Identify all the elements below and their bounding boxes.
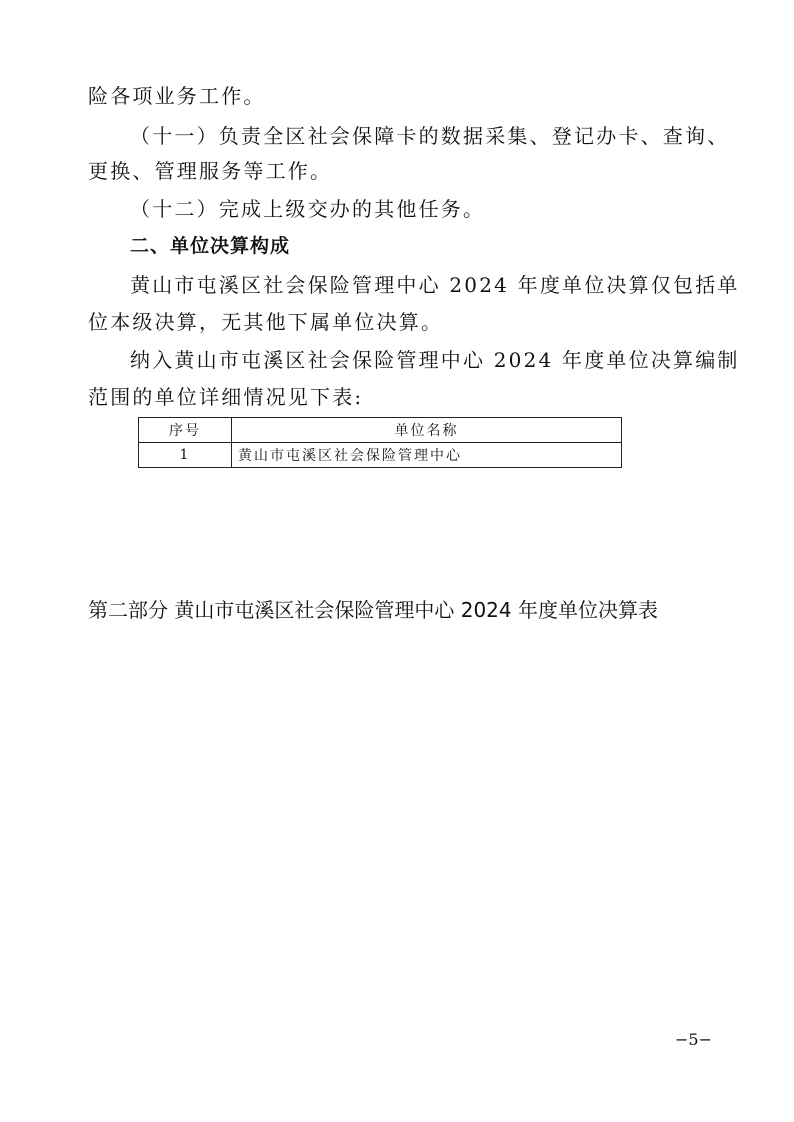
table-row: 1 黄山市屯溪区社会保险管理中心 xyxy=(139,443,622,468)
paragraph-item-11: （十一）负责全区社会保障卡的数据采集、登记办卡、查询、 xyxy=(130,122,729,150)
composition-paragraph: 位本级决算，无其他下属单位决算。 xyxy=(88,308,443,336)
unit-table: 序号 单位名称 1 黄山市屯溪区社会保险管理中心 xyxy=(138,417,622,468)
composition-paragraph: 范围的单位详细情况见下表: xyxy=(88,383,363,411)
paragraph-item-12: （十二）完成上级交办的其他任务。 xyxy=(130,195,485,223)
composition-paragraph: 黄山市屯溪区社会保险管理中心 2024 年度单位决算仅包括单 xyxy=(130,271,740,299)
paragraph-line: 更换、管理服务等工作。 xyxy=(88,157,332,185)
composition-paragraph: 纳入黄山市屯溪区社会保险管理中心 2024 年度单位决算编制 xyxy=(130,346,740,374)
cell-unit-name: 黄山市屯溪区社会保险管理中心 xyxy=(232,443,622,468)
cell-index: 1 xyxy=(139,443,232,468)
header-unit-name: 单位名称 xyxy=(232,418,622,443)
page-number: −5− xyxy=(675,1030,712,1049)
table-header-row: 序号 单位名称 xyxy=(139,418,622,443)
section-heading: 二、单位决算构成 xyxy=(130,232,290,260)
header-index: 序号 xyxy=(139,418,232,443)
part-title: 第二部分 黄山市屯溪区社会保险管理中心 2024 年度单位决算表 xyxy=(88,594,658,623)
paragraph-line: 险各项业务工作。 xyxy=(88,82,266,110)
